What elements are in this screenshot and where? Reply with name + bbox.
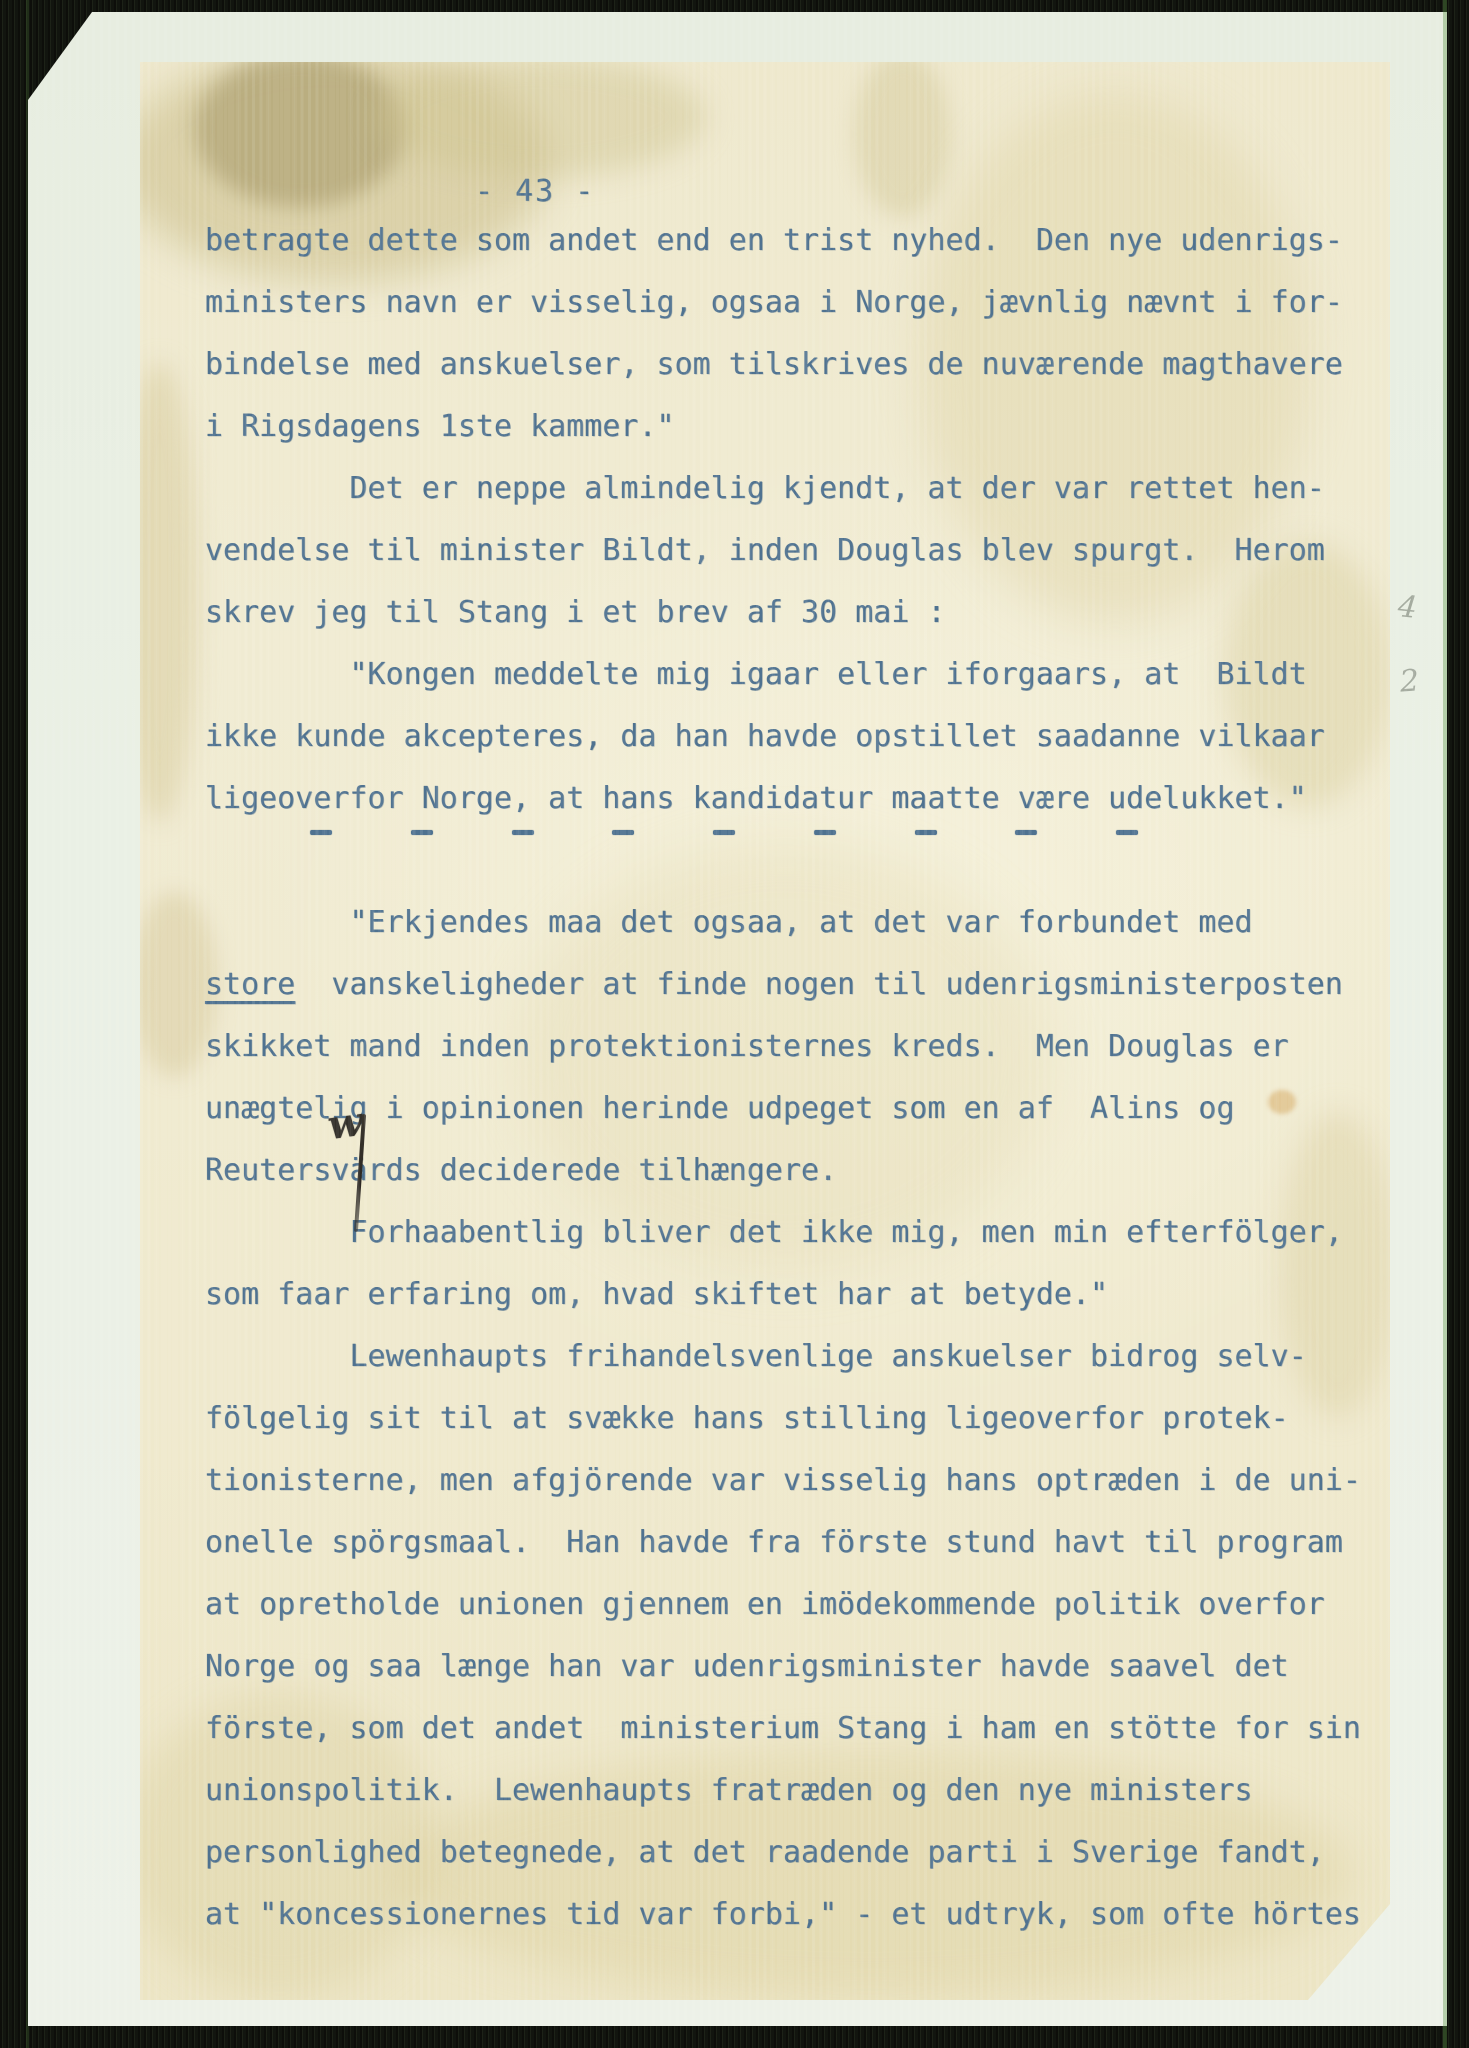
typewritten-page: - 43 - betragte dette som andet end en t… [140,62,1390,2000]
typed-line: Norge og saa længe han var udenrigsminis… [205,1636,1370,1698]
typed-text-block: betragte dette som andet end en trist ny… [205,210,1370,1946]
typed-line: skikket mand inden protektionisternes kr… [205,1016,1370,1078]
pencil-mark: 2 [1399,663,1420,699]
backing-sheet: - 43 - betragte dette som andet end en t… [28,12,1447,2026]
typed-line: Lewenhaupts frihandelsvenlige anskuelser… [205,1326,1370,1388]
underlined-word: store [205,967,295,1002]
typed-line: onelle spörgsmaal. Han havde fra förste … [205,1512,1370,1574]
dash-mark [814,830,836,835]
dash-mark [411,830,433,835]
dashes-separator [205,830,1370,892]
stain [195,52,405,207]
typed-line: at "koncessionernes tid var forbi," - et… [205,1884,1370,1946]
dash-mark [1116,830,1138,835]
typed-line: personlighed betegnede, at det raadende … [205,1822,1370,1884]
typed-line: "Kongen meddelte mig igaar eller iforgaa… [205,644,1370,706]
typed-line: store vanskeligheder at finde nogen til … [205,954,1370,1016]
dash-mark [1015,830,1037,835]
typed-line: tionisterne, men afgjörende var visselig… [205,1450,1370,1512]
typed-line: unægtelig i opinionen herinde udpeget so… [205,1078,1370,1140]
pencil-mark: 4 [1396,589,1419,626]
typed-line: förste, som det andet ministerium Stang … [205,1698,1370,1760]
stain [375,57,705,177]
typed-line: ligeoverfor Norge, at hans kandidatur ma… [205,768,1370,830]
dash-mark [310,830,332,835]
dash-mark [713,830,735,835]
typed-line: "Erkjendes maa det ogsaa, at det var for… [205,892,1370,954]
typed-line: at opretholde unionen gjennem en imödeko… [205,1574,1370,1636]
typed-line-text: vanskeligheder at finde nogen til udenri… [295,967,1343,1002]
dash-mark [915,830,937,835]
stain [520,842,1050,1272]
typed-line: Det er neppe almindelig kjendt, at der v… [205,458,1370,520]
typed-line: bindelse med anskuelser, som tilskrives … [205,334,1370,396]
typed-line: Reutersvärds deciderede tilhængere. [205,1140,1370,1202]
typed-line: betragte dette som andet end en trist ny… [205,210,1370,272]
typed-line: fölgelig sit til at svække hans stilling… [205,1388,1370,1450]
dash-mark [612,830,634,835]
scanned-document-photo: { "document": { "page_number": "- 43 -",… [0,0,1469,2048]
dash-mark [512,830,534,835]
stain [920,92,1310,622]
typed-line: som faar erfaring om, hvad skiftet har a… [205,1264,1370,1326]
stain [1280,1112,1395,1417]
pen-stroke [354,1114,366,1232]
typed-line: vendelse til minister Bildt, inden Dougl… [205,520,1370,582]
typed-line: unionspolitik. Lewenhaupts fratræden og … [205,1760,1370,1822]
stain [122,362,197,822]
typed-line: Forhaabentlig bliver det ikke mig, men m… [205,1202,1370,1264]
stain [125,1692,435,1997]
stain [1225,542,1390,807]
page-number: - 43 - [475,174,595,209]
typed-line: ministers navn er visselig, ogsaa i Norg… [205,272,1370,334]
stain [390,1752,1350,1997]
typed-line: ikke kunde akcepteres, da han havde opst… [205,706,1370,768]
stain [855,52,950,217]
handwritten-correction: w [325,1098,366,1149]
typed-line: skrev jeg til Stang i et brev af 30 mai … [205,582,1370,644]
stain [120,47,550,282]
stain [132,892,217,1077]
stain [1268,1090,1296,1114]
typed-line: i Rigsdagens 1ste kammer." [205,396,1370,458]
dashes-row [310,830,1138,835]
